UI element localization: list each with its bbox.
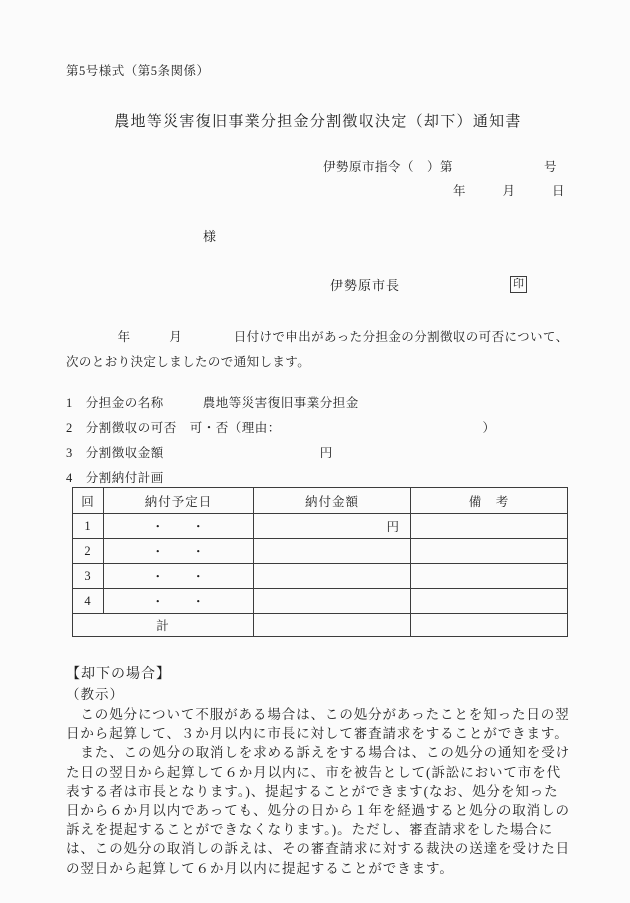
table-row: 1 ・ ・ 円 xyxy=(73,514,568,539)
cell-remarks xyxy=(411,539,568,564)
appeal-line: 日から６か月以内であっても、処分の日から１年を経過すると処分の取消しの xyxy=(66,801,570,820)
appeal-line: た日の翌日から起算して６か月以内に、市を被告として(訴訟において市を代 xyxy=(66,763,570,782)
cell-due-date: ・ ・ xyxy=(104,514,254,539)
appeal-instructions-paragraph: この処分について不服がある場合は、この処分があったことを知った日の翌 日から起算… xyxy=(66,705,570,878)
appeal-line: の翌日から起算して６か月以内に提起することができます。 xyxy=(66,859,570,878)
item-approval: 2 分割徴収の可否 可・否（理由： ） xyxy=(66,416,570,441)
cell-round: 3 xyxy=(73,564,104,589)
appeal-line: 訴えを提起することができなくなります。)。ただし、審査請求をした場合に xyxy=(66,820,570,839)
cell-amount: 円 xyxy=(254,514,411,539)
cell-round: 1 xyxy=(73,514,104,539)
item-fee-name: 1 分担金の名称 農地等災害復旧事業分担金 xyxy=(66,391,570,416)
rejection-section-heading: 【却下の場合】 xyxy=(66,666,570,684)
header-amount: 納付金額 xyxy=(254,488,411,514)
header-due-date: 納付予定日 xyxy=(104,488,254,514)
addressee-honorific: 様 xyxy=(203,229,570,245)
header-round: 回 xyxy=(73,488,104,514)
cell-remarks xyxy=(411,564,568,589)
cell-due-date: ・ ・ xyxy=(104,589,254,614)
table-row: 4 ・ ・ xyxy=(73,589,568,614)
appeal-line: 表する者は市長となります。)、提起することができます(なお、処分を知った xyxy=(66,782,570,801)
cell-amount xyxy=(254,589,411,614)
issuer-name: 伊勢原市長 xyxy=(330,278,400,293)
cell-remarks xyxy=(411,589,568,614)
notice-body-line: 年 月 日付けで申出があった分担金の分割徴収の可否について、 xyxy=(66,325,570,350)
cell-round: 2 xyxy=(73,539,104,564)
issue-date-line: 年 月 日 xyxy=(453,183,570,200)
cell-amount xyxy=(254,539,411,564)
table-row: 2 ・ ・ xyxy=(73,539,568,564)
item-amount: 3 分割徴収金額 円 xyxy=(66,441,570,466)
cell-remarks xyxy=(411,514,568,539)
form-number: 第5号様式（第5条関係） xyxy=(66,63,570,79)
appeal-line: 日から起算して、３か月以内に市長に対して審査請求をすることができます。 xyxy=(66,724,570,743)
directive-number-line: 伊勢原市指令（ ）第 号 xyxy=(323,159,570,176)
payment-plan-table: 回 納付予定日 納付金額 備 考 1 ・ ・ 円 2 ・ ・ 3 ・ ・ 4 ・… xyxy=(72,487,568,637)
header-remarks: 備 考 xyxy=(411,488,568,514)
notice-body-line: 次のとおり決定しましたので通知します。 xyxy=(66,350,570,375)
appeal-line: は、この処分の取消しの訴えは、その審査請求に対する裁決の送達を受けた日 xyxy=(66,839,570,858)
table-row: 3 ・ ・ xyxy=(73,564,568,589)
table-header-row: 回 納付予定日 納付金額 備 考 xyxy=(73,488,568,514)
item-list: 1 分担金の名称 農地等災害復旧事業分担金 2 分割徴収の可否 可・否（理由： … xyxy=(66,391,570,491)
appeal-line: また、この処分の取消しを求める訴えをする場合は、この処分の通知を受け xyxy=(66,743,570,762)
cell-due-date: ・ ・ xyxy=(104,539,254,564)
seal-placeholder: 印 xyxy=(510,276,527,293)
cell-due-date: ・ ・ xyxy=(104,564,254,589)
issuer-line: 伊勢原市長 印 xyxy=(330,276,570,296)
appeal-instructions-label: （教示） xyxy=(66,687,570,703)
notice-body: 年 月 日付けで申出があった分担金の分割徴収の可否について、 次のとおり決定しま… xyxy=(66,325,570,375)
table-total-row: 計 xyxy=(73,614,568,637)
cell-amount xyxy=(254,564,411,589)
cell-total-remarks xyxy=(411,614,568,637)
document-title: 農地等災害復旧事業分担金分割徴収決定（却下）通知書 xyxy=(66,113,570,131)
cell-total-amount xyxy=(254,614,411,637)
cell-round: 4 xyxy=(73,589,104,614)
appeal-line: この処分について不服がある場合は、この処分があったことを知った日の翌 xyxy=(66,705,570,724)
document-page: 第5号様式（第5条関係） 農地等災害復旧事業分担金分割徴収決定（却下）通知書 伊… xyxy=(0,0,630,903)
cell-total-label: 計 xyxy=(73,614,254,637)
